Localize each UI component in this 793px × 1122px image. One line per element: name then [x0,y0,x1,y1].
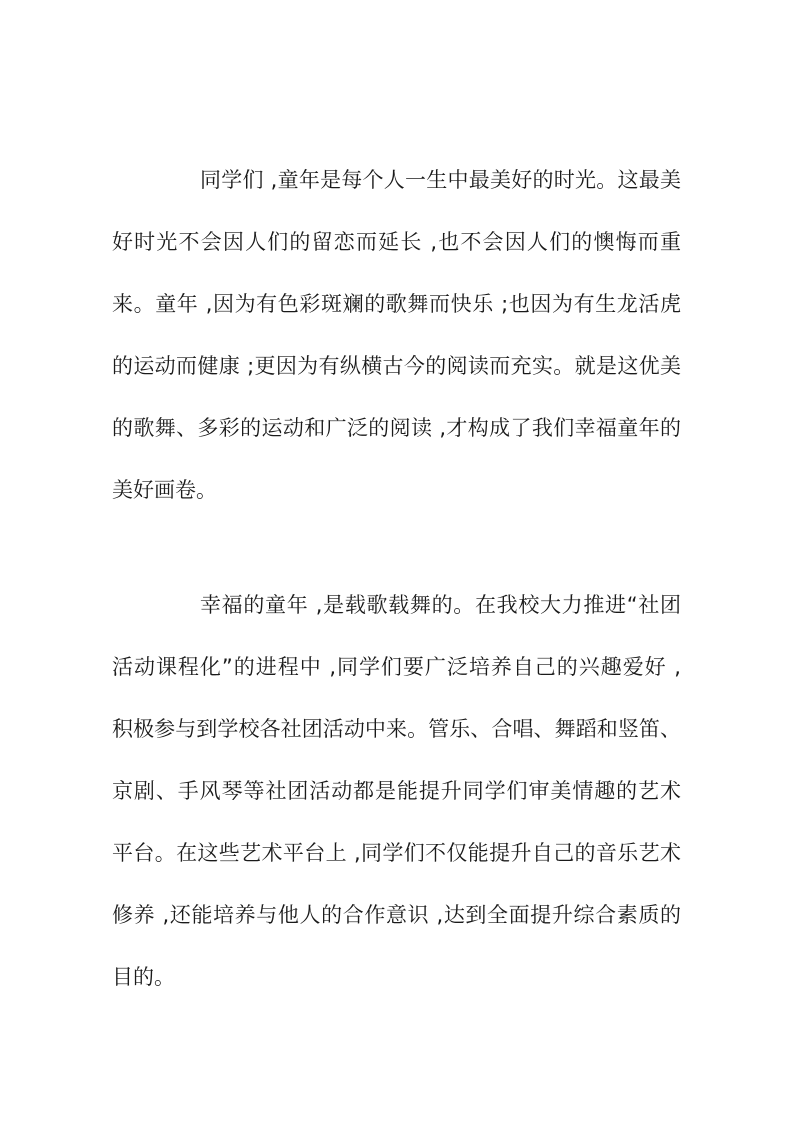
text-line: 平台。在这些艺术平台上 ,同学们不仅能提升自己的音乐艺术 [112,822,681,884]
text-line: 幸福的童年 ,是载歌载舞的。在我校大力推进“社团 [112,574,681,636]
text-line: 的运动而健康 ;更因为有纵横古今的阅读而充实。就是这优美 [112,335,681,397]
text-line: 美好画卷。 [112,459,681,521]
text-line: 修养 ,还能培养与他人的合作意识 ,达到全面提升综合素质的 [112,884,681,946]
document-page: 同学们 ,童年是每个人一生中最美好的时光。这最美 好时光不会因人们的留恋而延长 … [0,0,793,1122]
text-line: 来。童年 ,因为有色彩斑斓的歌舞而快乐 ;也因为有生龙活虎 [112,273,681,335]
text-line: 同学们 ,童年是每个人一生中最美好的时光。这最美 [112,149,681,211]
text-line: 京剧、手风琴等社团活动都是能提升同学们审美情趣的艺术 [112,760,681,822]
text-line: 好时光不会因人们的留恋而延长 ,也不会因人们的懊悔而重 [112,211,681,273]
paragraph-2: 幸福的童年 ,是载歌载舞的。在我校大力推进“社团 活动课程化”的进程中 ,同学们… [112,574,681,1008]
text-line: 目的。 [112,946,681,1008]
paragraph-1: 同学们 ,童年是每个人一生中最美好的时光。这最美 好时光不会因人们的留恋而延长 … [112,149,681,521]
text-line: 活动课程化”的进程中 ,同学们要广泛培养自己的兴趣爱好 , [112,636,681,698]
text-line: 的歌舞、多彩的运动和广泛的阅读 ,才构成了我们幸福童年的 [112,397,681,459]
text-line: 积极参与到学校各社团活动中来。管乐、合唱、舞蹈和竖笛、 [112,698,681,760]
